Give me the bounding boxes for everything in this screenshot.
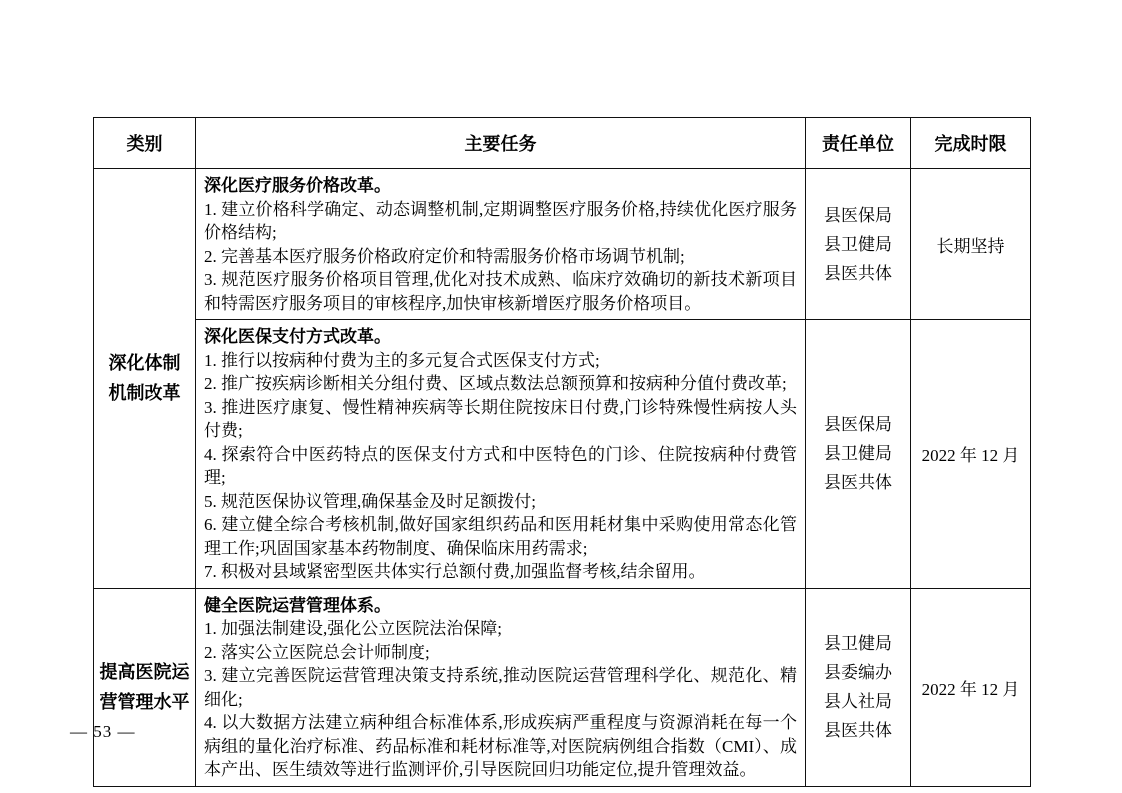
task-item: 3. 规范医疗服务价格项目管理,优化对技术成熟、临床疗效确切的新技术新项目和特需…: [204, 268, 797, 315]
tasks-cell-price-reform: 深化医疗服务价格改革。 1. 建立价格科学确定、动态调整机制,定期调整医疗服务价…: [196, 169, 806, 320]
task-section-title: 深化医疗服务价格改革。: [204, 174, 797, 198]
task-item: 3. 推进医疗康复、慢性精神疾病等长期住院按床日付费,门诊特殊慢性病按人头付费;: [204, 396, 797, 443]
task-item: 5. 规范医保协议管理,确保基金及时足额拨付;: [204, 490, 797, 514]
header-unit: 责任单位: [806, 118, 911, 169]
task-item: 7. 积极对县域紧密型医共体实行总额付费,加强监督考核,结余留用。: [204, 560, 797, 584]
deadline-cell: 2022 年 12 月: [911, 320, 1031, 589]
unit-cell: 县医保局 县卫健局 县医共体: [806, 320, 911, 589]
tasks-cell-operation-management: 健全医院运营管理体系。 1. 加强法制建设,强化公立医院法治保障; 2. 落实公…: [196, 588, 806, 786]
task-item: 3. 建立完善医院运营管理决策支持系统,推动医院运营管理科学化、规范化、精细化;: [204, 664, 797, 711]
task-item: 4. 探索符合中医药特点的医保支付方式和中医特色的门诊、住院按病种付费管理;: [204, 443, 797, 490]
header-category: 类别: [94, 118, 196, 169]
task-item: 2. 推广按疾病诊断相关分组付费、区域点数法总额预算和按病种分值付费改革;: [204, 372, 797, 396]
task-table: 类别 主要任务 责任单位 完成时限 深化体制 机制改革 深化医疗服务价格改革。 …: [93, 117, 1031, 787]
task-section-title: 深化医保支付方式改革。: [204, 325, 797, 349]
deadline-cell: 长期坚持: [911, 169, 1031, 320]
header-deadline: 完成时限: [911, 118, 1031, 169]
unit-cell: 县卫健局 县委编办 县人社局 县医共体: [806, 588, 911, 786]
category-cell-hospital-operation: 提高医院运 营管理水平: [94, 588, 196, 786]
task-item: 1. 建立价格科学确定、动态调整机制,定期调整医疗服务价格,持续优化医疗服务价格…: [204, 198, 797, 245]
document-page: 类别 主要任务 责任单位 完成时限 深化体制 机制改革 深化医疗服务价格改革。 …: [0, 0, 1122, 793]
task-item: 2. 落实公立医院总会计师制度;: [204, 641, 797, 665]
tasks-cell-payment-reform: 深化医保支付方式改革。 1. 推行以按病种付费为主的多元复合式医保支付方式; 2…: [196, 320, 806, 589]
table-header-row: 类别 主要任务 责任单位 完成时限: [94, 118, 1031, 169]
table-row-payment-reform: 深化医保支付方式改革。 1. 推行以按病种付费为主的多元复合式医保支付方式; 2…: [94, 320, 1031, 589]
task-item: 2. 完善基本医疗服务价格政府定价和特需服务价格市场调节机制;: [204, 245, 797, 269]
task-section-title: 健全医院运营管理体系。: [204, 594, 797, 618]
unit-cell: 县医保局 县卫健局 县医共体: [806, 169, 911, 320]
header-tasks: 主要任务: [196, 118, 806, 169]
table-row-price-reform: 深化体制 机制改革 深化医疗服务价格改革。 1. 建立价格科学确定、动态调整机制…: [94, 169, 1031, 320]
page-number: — 53 —: [70, 722, 136, 742]
task-item: 1. 推行以按病种付费为主的多元复合式医保支付方式;: [204, 349, 797, 373]
table-row-operation-management: 提高医院运 营管理水平 健全医院运营管理体系。 1. 加强法制建设,强化公立医院…: [94, 588, 1031, 786]
task-item: 1. 加强法制建设,强化公立医院法治保障;: [204, 617, 797, 641]
task-item: 6. 建立健全综合考核机制,做好国家组织药品和医用耗材集中采购使用常态化管理工作…: [204, 513, 797, 560]
deadline-cell: 2022 年 12 月: [911, 588, 1031, 786]
category-cell-system-reform: 深化体制 机制改革: [94, 169, 196, 589]
task-item: 4. 以大数据方法建立病种组合标准体系,形成疾病严重程度与资源消耗在每一个病组的…: [204, 711, 797, 782]
